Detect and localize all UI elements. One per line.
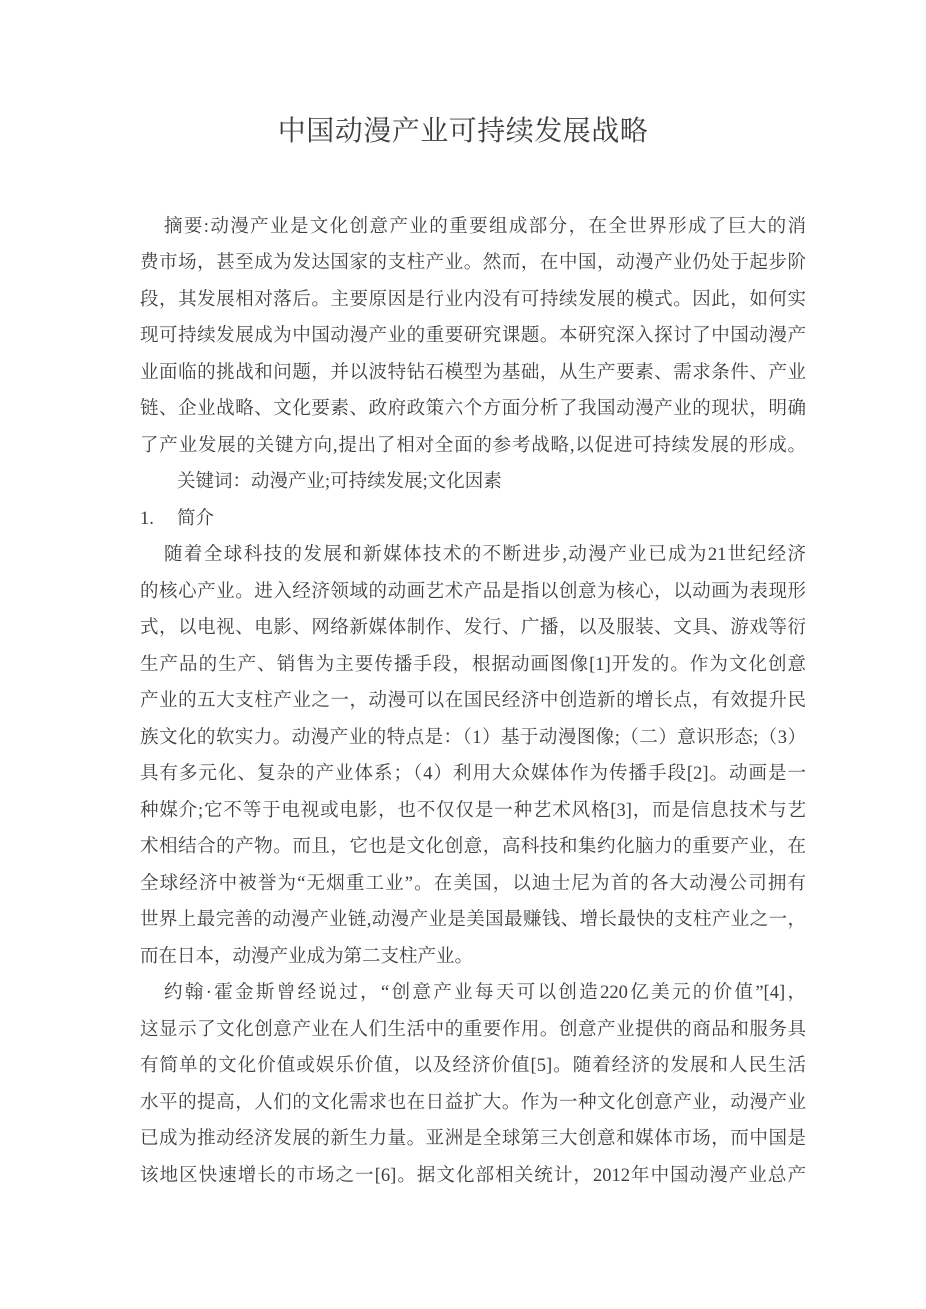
text-line: 生产品的生产、销售为主要传播手段，根据动画图像[1]开发的。作为文化创意	[140, 647, 806, 684]
text-line: 该地区快速增长的市场之一[6]。据文化部相关统计，2012年中国动漫产业总产	[140, 1158, 806, 1195]
text-line: 这显示了文化创意产业在人们生活中的重要作用。创意产业提供的商品和服务具	[140, 1012, 806, 1049]
section-title: 简介	[177, 509, 214, 529]
text-line: 具有多元化、复杂的产业体系；（4）利用大众媒体作为传播手段[2]。动画是一	[140, 756, 806, 793]
text-line: 已成为推动经济发展的新生力量。亚洲是全球第三大创意和媒体市场，而中国是	[140, 1121, 806, 1158]
text-line: 了产业发展的关键方向,提出了相对全面的参考战略,以促进可持续发展的形成。	[140, 428, 806, 465]
text-line: 的核心产业。进入经济领域的动画艺术产品是指以创意为核心，以动画为表现形	[140, 574, 806, 611]
document-page: 中国动漫产业可持续发展战略 摘要:动漫产业是文化创意产业的重要组成部分，在全世界…	[0, 0, 926, 1309]
text-line: 现可持续发展成为中国动漫产业的重要研究课题。本研究深入探讨了中国动漫产	[140, 318, 806, 355]
text-line: 世界上最完善的动漫产业链,动漫产业是美国最赚钱、增长最快的支柱产业之一，	[140, 902, 806, 939]
section-number: 1.	[140, 501, 177, 538]
abstract-line: 摘要:动漫产业是文化创意产业的重要组成部分，在全世界形成了巨大的消	[140, 209, 806, 246]
text-line: 有简单的文化价值或娱乐价值，以及经济价值[5]。随着经济的发展和人民生活	[140, 1048, 806, 1085]
text-line: 约翰·霍金斯曾经说过，“创意产业每天可以创造220亿美元的价值”[4]，	[140, 975, 806, 1012]
text-line: 水平的提高，人们的文化需求也在日益扩大。作为一种文化创意产业，动漫产业	[140, 1085, 806, 1122]
text-line: 式，以电视、电影、网络新媒体制作、发行、广播，以及服装、文具、游戏等衍	[140, 610, 806, 647]
text-line: 产业的五大支柱产业之一，动漫可以在国民经济中创造新的增长点，有效提升民	[140, 683, 806, 720]
page-title: 中国动漫产业可持续发展战略	[0, 111, 926, 153]
section-heading: 1.简介	[140, 501, 806, 538]
text-line: 全球经济中被誉为“无烟重工业”。在美国，以迪士尼为首的各大动漫公司拥有	[140, 866, 806, 903]
text-line: 族文化的软实力。动漫产业的特点是：（1）基于动漫图像;（二）意识形态;（3）	[140, 720, 806, 757]
text-line: 业面临的挑战和问题，并以波特钻石模型为基础，从生产要素、需求条件、产业	[140, 355, 806, 392]
text-line: 术相结合的产物。而且，它也是文化创意，高科技和集约化脑力的重要产业，在	[140, 829, 806, 866]
keywords-line: 关键词：动漫产业;可持续发展;文化因素	[140, 464, 806, 501]
text-line: 种媒介;它不等于电视或电影，也不仅仅是一种艺术风格[3]，而是信息技术与艺	[140, 793, 806, 830]
document-body: 摘要:动漫产业是文化创意产业的重要组成部分，在全世界形成了巨大的消 费市场，甚至…	[140, 209, 806, 1195]
text-line: 段，其发展相对落后。主要原因是行业内没有可持续发展的模式。因此，如何实	[140, 282, 806, 319]
text-line: 而在日本，动漫产业成为第二支柱产业。	[140, 939, 806, 976]
text-line: 链、企业战略、文化要素、政府政策六个方面分析了我国动漫产业的现状，明确	[140, 391, 806, 428]
text-line: 费市场，甚至成为发达国家的支柱产业。然而，在中国，动漫产业仍处于起步阶	[140, 245, 806, 282]
text-line: 随着全球科技的发展和新媒体技术的不断进步,动漫产业已成为21世纪经济	[140, 537, 806, 574]
